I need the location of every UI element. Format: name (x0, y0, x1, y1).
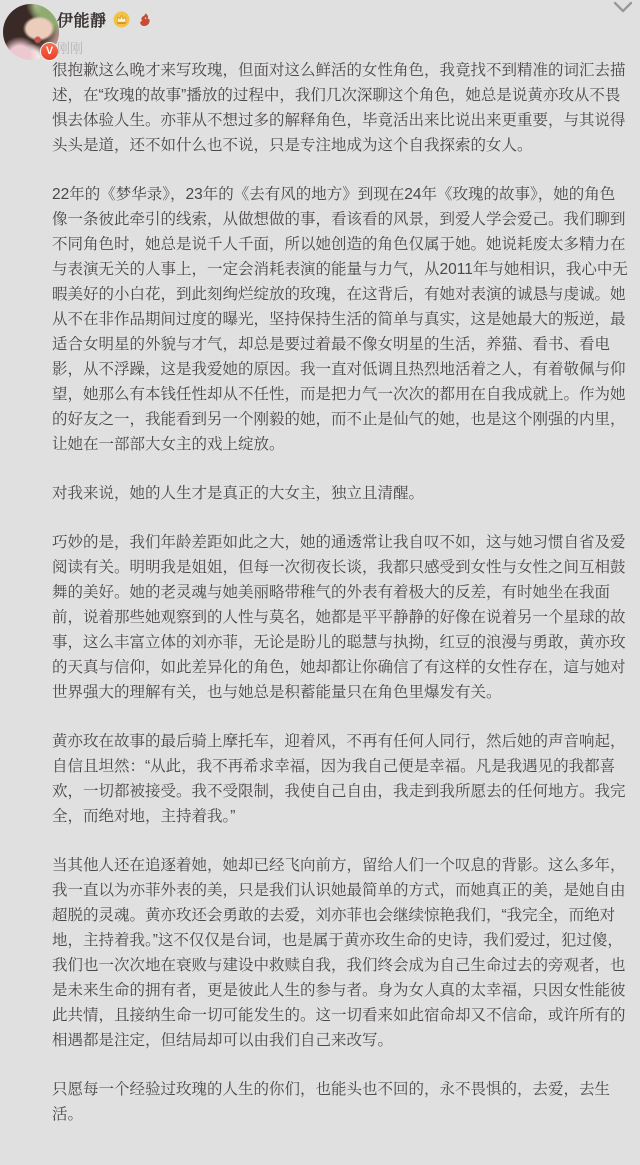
timestamp: 刚刚 (57, 38, 600, 57)
vip-crown-icon[interactable] (113, 11, 130, 28)
post-paragraph-5: 黄亦玫在故事的最后骑上摩托车，迎着风，不再有任何人同行，然后她的声音响起，自信且… (52, 729, 628, 829)
post-paragraph-3: 对我来说，她的人生才是真正的大女主，独立且清醒。 (52, 481, 628, 506)
avatar[interactable]: V (3, 4, 59, 60)
verified-letter: V (46, 46, 53, 57)
post-paragraph-1: 很抱歉这么晚才来写玫瑰，但面对这么鲜活的女性角色，我竟找不到精准的词汇去描述，在… (52, 58, 628, 158)
post-paragraph-7: 只愿每一个经验过玫瑰的人生的你们，也能头也不回的，永不畏惧的，去爱，去生活。 (52, 1077, 628, 1127)
username-row: 伊能靜 (57, 8, 600, 31)
post-paragraph-4: 巧妙的是，我们年龄差距如此之大，她的通透常让我自叹不如，这与她习惯自省及爱阅读有… (52, 530, 628, 705)
post-content: 很抱歉这么晚才来写玫瑰，但面对这么鲜活的女性角色，我竟找不到精准的词汇去描述，在… (0, 0, 640, 1127)
red-mascot-icon[interactable] (136, 11, 153, 28)
username[interactable]: 伊能靜 (57, 8, 107, 31)
weibo-post: V 伊能靜 刚刚 很抱歉这么晚才来写玫瑰，但面对这么鲜活的女性角 (0, 0, 640, 1165)
post-paragraph-2: 22年的《梦华录》，23年的《去有风的地方》到现在24年《玫瑰的故事》，她的角色… (52, 182, 628, 457)
chevron-down-icon[interactable] (613, 0, 633, 12)
post-paragraph-6: 当其他人还在追逐着她，她却已经飞向前方，留给人们一个叹息的背影。这么多年，我一直… (52, 853, 628, 1053)
